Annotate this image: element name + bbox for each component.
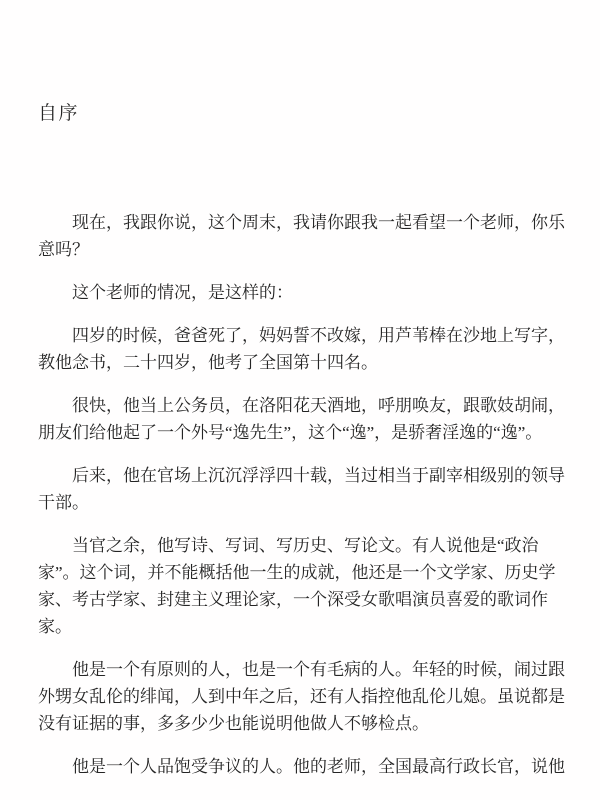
text-line: 朋友们给他起了一个外号“逸先生”，这个“逸”，是骄奢淫逸的“逸”。 xyxy=(38,419,568,446)
text-line: 意吗？ xyxy=(38,236,568,263)
text-line: 外甥女乱伦的绯闻，人到中年之后，还有人指控他乱伦儿媳。虽说都是 xyxy=(38,683,568,710)
paragraph: 四岁的时候，爸爸死了，妈妈誓不改嫁，用芦苇棒在沙地上写字，教他念书，二十四岁，他… xyxy=(38,322,568,376)
text-line: 家。 xyxy=(38,613,568,640)
paragraph: 他是一个有原则的人，也是一个有毛病的人。年轻的时候，闹过跟外甥女乱伦的绯闻，人到… xyxy=(38,656,568,737)
text-line: 现在，我跟你说，这个周末，我请你跟我一起看望一个老师，你乐 xyxy=(38,209,568,236)
text-line: 他是一个人品饱受争议的人。他的老师，全国最高行政长官，说他 xyxy=(38,753,568,780)
text-line: 当官之余，他写诗、写词、写历史、写论文。有人说他是“政治 xyxy=(38,532,568,559)
document-body: 现在，我跟你说，这个周末，我请你跟我一起看望一个老师，你乐意吗？这个老师的情况，… xyxy=(38,209,568,780)
text-line: 后来，他在官场上沉沉浮浮四十载，当过相当于副宰相级别的领导 xyxy=(38,462,568,489)
text-line: 家、考古学家、封建主义理论家，一个深受女歌唱演员喜爱的歌词作 xyxy=(38,586,568,613)
text-line: 没有证据的事，多多少少也能说明他做人不够检点。 xyxy=(38,710,568,737)
text-line: 他是一个有原则的人，也是一个有毛病的人。年轻的时候，闹过跟 xyxy=(38,656,568,683)
text-line: 这个老师的情况，是这样的： xyxy=(38,279,568,306)
text-line: 教他念书，二十四岁，他考了全国第十四名。 xyxy=(38,349,568,376)
text-line: 很快，他当上公务员，在洛阳花天酒地，呼朋唤友，跟歌妓胡闹， xyxy=(38,392,568,419)
paragraph: 现在，我跟你说，这个周末，我请你跟我一起看望一个老师，你乐意吗？ xyxy=(38,209,568,263)
page-title: 自序 xyxy=(38,103,568,124)
paragraph: 他是一个人品饱受争议的人。他的老师，全国最高行政长官，说他 xyxy=(38,753,568,780)
paragraph: 当官之余，他写诗、写词、写历史、写论文。有人说他是“政治家”。这个词，并不能概括… xyxy=(38,532,568,640)
paragraph: 这个老师的情况，是这样的： xyxy=(38,279,568,306)
text-line: 四岁的时候，爸爸死了，妈妈誓不改嫁，用芦苇棒在沙地上写字， xyxy=(38,322,568,349)
text-line: 干部。 xyxy=(38,489,568,516)
paragraph: 很快，他当上公务员，在洛阳花天酒地，呼朋唤友，跟歌妓胡闹，朋友们给他起了一个外号… xyxy=(38,392,568,446)
text-line: 家”。这个词，并不能概括他一生的成就，他还是一个文学家、历史学 xyxy=(38,559,568,586)
book-page: 自序 现在，我跟你说，这个周末，我请你跟我一起看望一个老师，你乐意吗？这个老师的… xyxy=(0,0,600,800)
paragraph: 后来，他在官场上沉沉浮浮四十载，当过相当于副宰相级别的领导干部。 xyxy=(38,462,568,516)
